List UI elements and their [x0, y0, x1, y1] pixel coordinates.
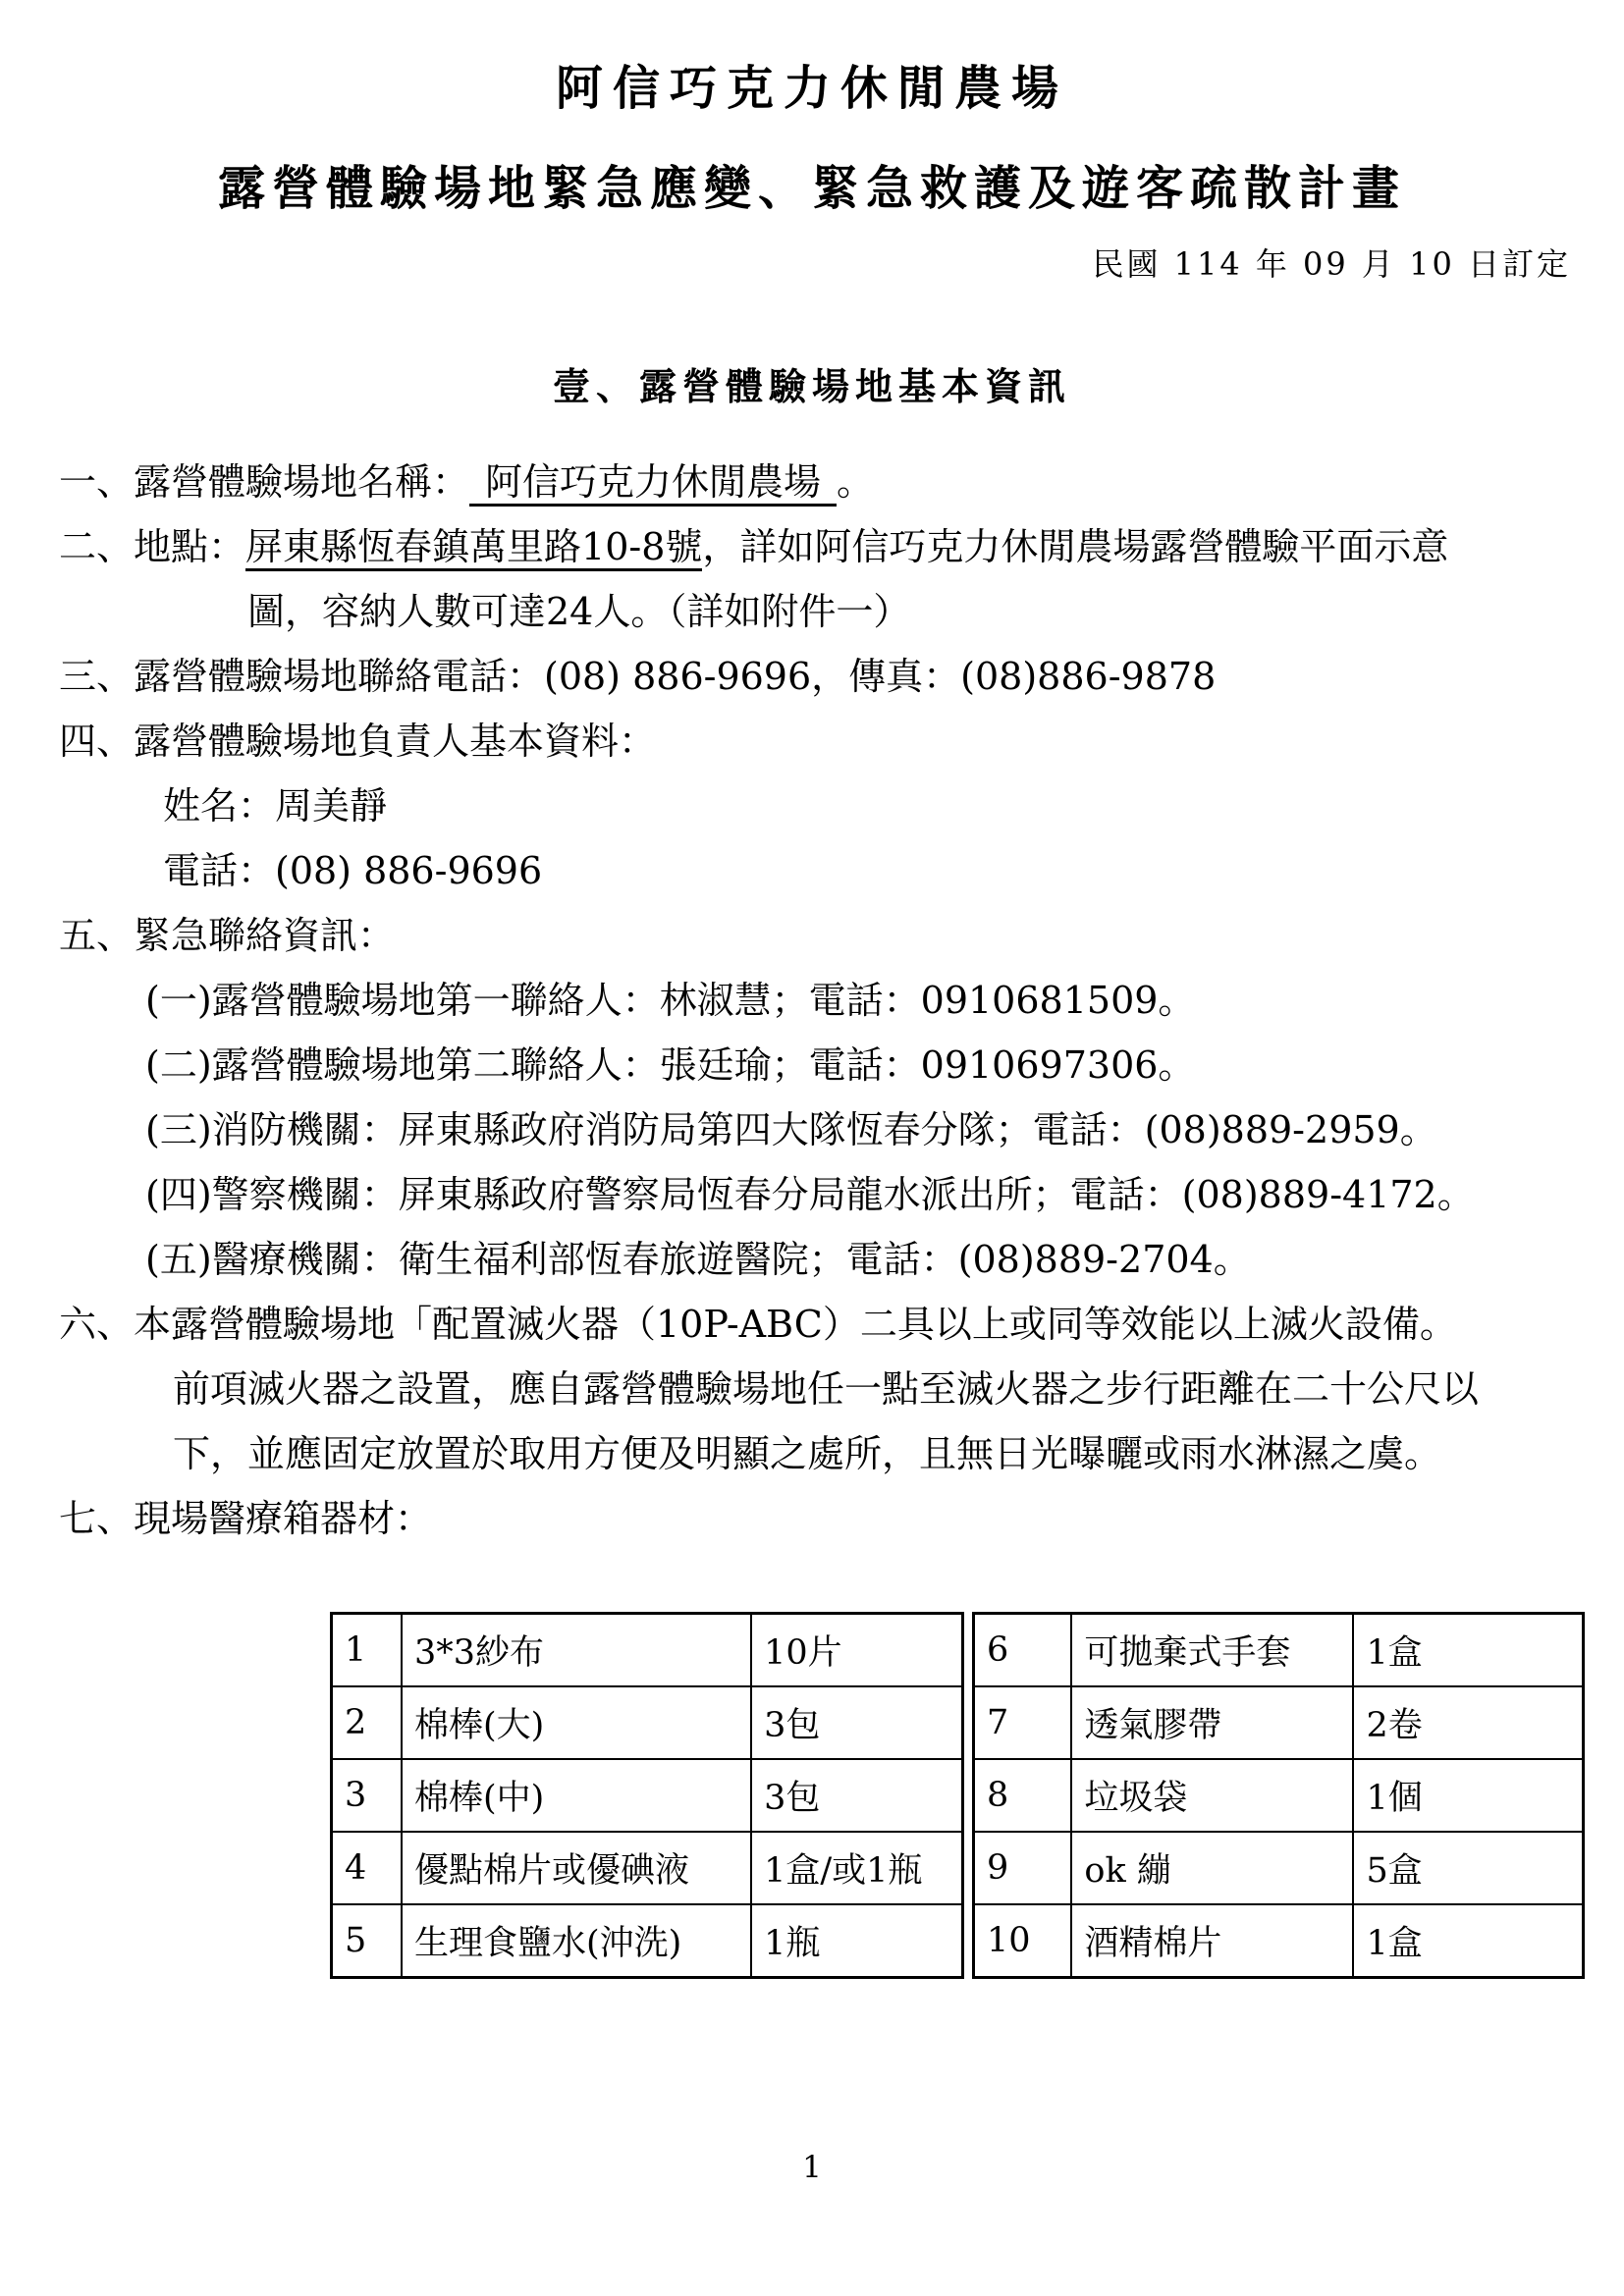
item-4-owner-name: 姓名：周美靜 [59, 774, 1585, 838]
table-cell: 2 [332, 1686, 403, 1759]
table-cell: 1個 [1353, 1759, 1583, 1832]
table-cell: 透氣膠帶 [1071, 1686, 1353, 1759]
medical-kit-table-right: 6 可拋棄式手套 1盒 7 透氣膠帶 2卷 8 垃圾袋 1個 [972, 1612, 1585, 1979]
table-cell: 5 [332, 1904, 403, 1978]
table-cell: 5盒 [1353, 1832, 1583, 1904]
item-2-location-line2: 圖，容納人數可達24人。（詳如附件一） [59, 579, 1585, 644]
document-page: 阿信巧克力休閒農場 露營體驗場地緊急應變、緊急救護及遊客疏散計畫 民國 114 … [0, 0, 1624, 2296]
table-cell: 優點棉片或優碘液 [402, 1832, 751, 1904]
item-7-medical-kit-heading: 七、現場醫療箱器材： [59, 1486, 1585, 1551]
item-1-site-name-underlined: 阿信巧克力休閒農場 [469, 460, 837, 507]
table-cell: 7 [973, 1686, 1071, 1759]
table-row: 4 優點棉片或優碘液 1盒/或1瓶 [332, 1832, 963, 1904]
item-2-rest: ，詳如阿信巧克力休閒農場露營體驗平面示意 [702, 525, 1448, 568]
table-cell: 2卷 [1353, 1686, 1583, 1759]
item-6-extinguisher-line3: 下，並應固定放置於取用方便及明顯之處所，且無日光曝曬或雨水淋濕之虞。 [59, 1421, 1585, 1486]
table-cell: 1 [332, 1614, 403, 1687]
table-cell: 棉棒(中) [402, 1759, 751, 1832]
medical-kit-tables: 1 3*3紗布 10片 2 棉棒(大) 3包 3 棉棒(中) 3包 [330, 1612, 1585, 1979]
table-cell: 8 [973, 1759, 1071, 1832]
table-row: 5 生理食鹽水(沖洗) 1瓶 [332, 1904, 963, 1978]
table-cell: 3*3紗布 [402, 1614, 751, 1687]
table-cell: 棉棒(大) [402, 1686, 751, 1759]
table-cell: 1盒 [1353, 1614, 1583, 1687]
table-row: 6 可拋棄式手套 1盒 [973, 1614, 1583, 1687]
table-row: 3 棉棒(中) 3包 [332, 1759, 963, 1832]
item-6-extinguisher-line1: 六、本露營體驗場地「配置滅火器（10P-ABC）二具以上或同等效能以上滅火設備。 [59, 1292, 1585, 1357]
section-heading: 壹、露營體驗場地基本資訊 [0, 365, 1624, 408]
table-cell: 3包 [751, 1759, 962, 1832]
table-cell: 生理食鹽水(沖洗) [402, 1904, 751, 1978]
table-cell: 酒精棉片 [1071, 1904, 1353, 1978]
table-row: 8 垃圾袋 1個 [973, 1759, 1583, 1832]
item-4-owner-phone: 電話：(08) 886-9696 [59, 838, 1585, 903]
table-cell: 3包 [751, 1686, 962, 1759]
item-1-prefix: 一、露營體驗場地名稱： [59, 460, 469, 504]
item-5-contact-4: (四)警察機關：屏東縣政府警察局恆春分局龍水派出所；電話：(08)889-417… [59, 1162, 1585, 1227]
item-2-address-underlined: 屏東縣恆春鎮萬里路10-8號 [245, 525, 702, 571]
table-cell: 1瓶 [751, 1904, 962, 1978]
item-5-contact-1: (一)露營體驗場地第一聯絡人：林淑慧；電話：0910681509。 [59, 968, 1585, 1033]
date-line: 民國 114 年 09 月 10 日訂定 [0, 245, 1624, 283]
table-row: 10 酒精棉片 1盒 [973, 1904, 1583, 1978]
table-cell: 9 [973, 1832, 1071, 1904]
item-2-location-line1: 二、地點：屏東縣恆春鎮萬里路10-8號，詳如阿信巧克力休閒農場露營體驗平面示意 [59, 514, 1585, 579]
doc-title: 阿信巧克力休閒農場 [0, 0, 1624, 116]
table-cell: 4 [332, 1832, 403, 1904]
item-5-contact-5: (五)醫療機關：衛生福利部恆春旅遊醫院；電話：(08)889-2704。 [59, 1227, 1585, 1292]
table-cell: 10片 [751, 1614, 962, 1687]
table-row: 1 3*3紗布 10片 [332, 1614, 963, 1687]
item-5-emergency-heading: 五、緊急聯絡資訊： [59, 903, 1585, 968]
doc-subtitle: 露營體驗場地緊急應變、緊急救護及遊客疏散計畫 [0, 161, 1624, 216]
table-row: 7 透氣膠帶 2卷 [973, 1686, 1583, 1759]
item-4-owner-heading: 四、露營體驗場地負責人基本資料： [59, 709, 1585, 774]
table-cell: 1盒 [1353, 1904, 1583, 1978]
table-cell: 1盒/或1瓶 [751, 1832, 962, 1904]
table-row: 9 ok 繃 5盒 [973, 1832, 1583, 1904]
page-number: 1 [0, 2150, 1624, 2185]
table-cell: 垃圾袋 [1071, 1759, 1353, 1832]
item-5-contact-2: (二)露營體驗場地第二聯絡人：張廷瑜；電話：0910697306。 [59, 1033, 1585, 1097]
table-row: 2 棉棒(大) 3包 [332, 1686, 963, 1759]
document-body: 一、露營體驗場地名稱：阿信巧克力休閒農場。 二、地點：屏東縣恆春鎮萬里路10-8… [59, 450, 1585, 1979]
table-cell: 可拋棄式手套 [1071, 1614, 1353, 1687]
item-3-phone-fax: 三、露營體驗場地聯絡電話：(08) 886-9696，傳真：(08)886-98… [59, 644, 1585, 709]
item-6-extinguisher-line2: 前項滅火器之設置，應自露營體驗場地任一點至滅火器之步行距離在二十公尺以 [59, 1357, 1585, 1421]
table-cell: 10 [973, 1904, 1071, 1978]
table-cell: 6 [973, 1614, 1071, 1687]
medical-kit-table-left: 1 3*3紗布 10片 2 棉棒(大) 3包 3 棉棒(中) 3包 [330, 1612, 964, 1979]
item-5-contact-3: (三)消防機關：屏東縣政府消防局第四大隊恆春分隊；電話：(08)889-2959… [59, 1097, 1585, 1162]
table-cell: 3 [332, 1759, 403, 1832]
item-1-suffix: 。 [837, 460, 874, 504]
item-2-prefix: 二、地點： [59, 525, 245, 568]
table-cell: ok 繃 [1071, 1832, 1353, 1904]
item-1-site-name: 一、露營體驗場地名稱：阿信巧克力休閒農場。 [59, 450, 1585, 514]
